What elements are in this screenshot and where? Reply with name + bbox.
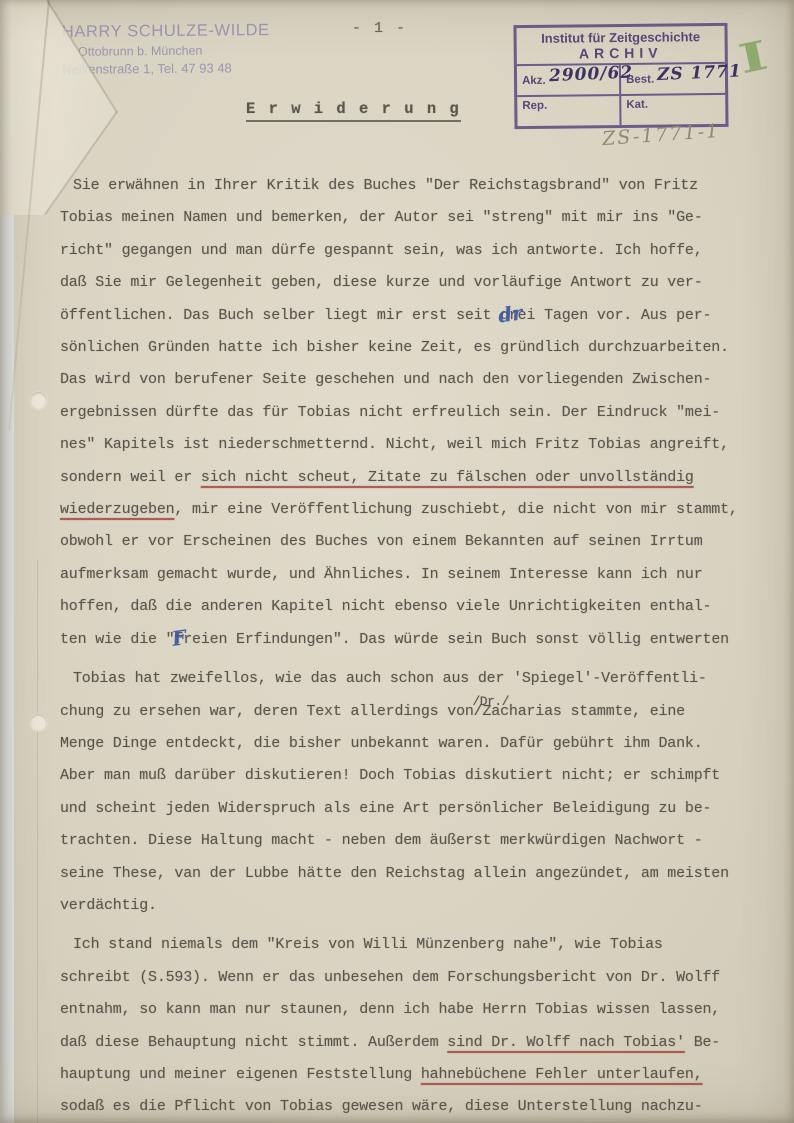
typed-insertion-above-line: /Dr./ (472, 686, 509, 718)
typed-line: wiederzugeben, mir eine Veröffentlichung… (60, 494, 766, 526)
typed-text: Sie erwähnen in Ihrer Kritik des Buches … (73, 177, 698, 194)
red-underlined-phrase: hahnebüchene Fehler unterlaufen, (421, 1066, 703, 1083)
typed-text: schreibt (S.593). Wenn er das unbesehen … (60, 969, 720, 986)
typed-line: daß diese Behauptung nicht stimmt. Außer… (60, 1027, 766, 1059)
typed-line: und scheint jeden Widerspruch als eine A… (60, 793, 766, 825)
typed-text: chung zu ersehen war, deren Text allerdi… (60, 703, 482, 720)
paragraph: Sie erwähnen in Ihrer Kritik des Buches … (60, 170, 766, 656)
typed-text: , mir eine Veröffentlichung zuschiebt, d… (174, 501, 737, 518)
typed-line: Tobias meinen Namen und bemerken, der Au… (60, 202, 766, 234)
document-body: Sie erwähnen in Ihrer Kritik des Buches … (60, 170, 766, 1123)
typed-line: ten wie die "fFreien Erfindungen". Das w… (60, 624, 766, 656)
typed-text: und scheint jeden Widerspruch als eine A… (60, 800, 711, 817)
typed-line: hauptung und meiner eigenen Feststellung… (60, 1059, 766, 1091)
punch-hole (30, 392, 47, 409)
typed-text: trachten. Diese Haltung macht - neben de… (60, 832, 703, 849)
typed-line: Aber man muß darüber diskutieren! Doch T… (60, 760, 766, 792)
typed-line: seine These, van der Lubbe hätte den Rei… (60, 858, 766, 890)
typed-text: entnahm, so kann man nur staunen, denn i… (60, 1001, 720, 1018)
archive-stamp-header: Institut für Zeitgeschichte ARCHIV (516, 26, 724, 66)
archive-stamp-institute: Institut für Zeitgeschichte (519, 29, 723, 46)
typed-line: richt" gegangen und man dürfe gespannt s… (60, 235, 766, 267)
typed-text: ten wie die " (60, 631, 174, 648)
typed-text: Tagen vor. Aus per- (535, 307, 711, 324)
akz-label: Akz. (522, 75, 546, 87)
red-underlined-phrase: sich nicht scheut, Zitate zu fälschen od… (201, 469, 694, 486)
sender-place: Ottobrunn b. München (78, 43, 270, 59)
best-handwritten-value: ZS 1771 (657, 61, 743, 85)
typed-text: hauptung und meiner eigenen Feststellung (60, 1066, 421, 1083)
typed-text: sondern weil er (60, 469, 201, 486)
typed-line: daß Sie mir Gelegenheit geben, diese kur… (60, 267, 766, 299)
typed-text: Aber man muß darüber diskutieren! Doch T… (60, 767, 720, 784)
typed-line: chung zu ersehen war, deren Text allerdi… (60, 696, 766, 728)
rep-label: Rep. (522, 100, 547, 112)
typed-text: Tobias hat zweifellos, wie das auch scho… (73, 670, 707, 687)
archive-stamp: Institut für Zeitgeschichte ARCHIV Akz.2… (513, 23, 728, 129)
typed-text: fF (174, 631, 183, 648)
typed-text: Ich stand niemals dem "Kreis von Willi M… (73, 936, 663, 953)
typed-text: hoffen, daß die anderen Kapitel nicht eb… (60, 598, 711, 615)
red-underlined-phrase: sind Dr. Wolff nach Tobias' (447, 1034, 685, 1051)
paragraph: Ich stand niemals dem "Kreis von Willi M… (60, 929, 766, 1123)
akz-cell: Akz.2900/62 (517, 65, 621, 95)
typed-line: nes" Kapitels ist niederschmetternd. Nic… (60, 429, 766, 461)
red-underlined-phrase: wiederzugeben (60, 501, 174, 518)
sender-name: HARRY SCHULZE-WILDE (62, 21, 270, 42)
typed-text: Zacharias stammte, eine/Dr./ (482, 703, 684, 720)
typed-line: schreibt (S.593). Wenn er das unbesehen … (60, 962, 766, 994)
handwritten-ink-correction: dr (496, 296, 525, 332)
typed-line: sodaß es die Pflicht von Tobias gewesen … (60, 1091, 766, 1123)
typed-text: aufmerksam gemacht wurde, und Ähnliches.… (60, 566, 703, 583)
typed-text: sodaß es die Pflicht von Tobias gewesen … (60, 1098, 703, 1115)
archive-stamp-row: Akz.2900/62 Best.ZS 1771 (517, 64, 725, 97)
paragraph: Tobias hat zweifellos, wie das auch scho… (60, 663, 766, 922)
typed-line: verdächtig. (60, 890, 766, 922)
document-title: E r w i d e r u n g (246, 100, 461, 122)
typed-text: öffentlichen. Das Buch selber liegt mir … (60, 307, 500, 324)
page-number: - 1 - (352, 20, 407, 37)
typed-text: Tobias meinen Namen und bemerken, der Au… (60, 209, 703, 226)
typed-line: hoffen, daß die anderen Kapitel nicht eb… (60, 591, 766, 623)
kat-label: Kat. (626, 99, 648, 111)
sender-letterhead-stamp: HARRY SCHULZE-WILDE Ottobrunn b. München… (62, 21, 270, 77)
typed-text: sönlichen Gründen hatte ich bisher keine… (60, 339, 729, 356)
typed-line: entnahm, so kann man nur staunen, denn i… (60, 994, 766, 1026)
typed-text: dreidr (500, 307, 535, 324)
best-cell: Best.ZS 1771 (621, 64, 725, 94)
typed-text: Menge Dinge entdeckt, die bisher unbekan… (60, 735, 703, 752)
vertical-crease (37, 560, 38, 1123)
rep-cell: Rep. (517, 96, 621, 126)
punch-hole (30, 714, 47, 731)
akz-handwritten-value: 2900/62 (548, 62, 633, 86)
typed-text: richt" gegangen und man dürfe gespannt s… (60, 242, 703, 259)
typed-text: verdächtig. (60, 897, 157, 914)
typed-text: daß diese Behauptung nicht stimmt. Außer… (60, 1034, 447, 1051)
typed-text: seine These, van der Lubbe hätte den Rei… (60, 865, 729, 882)
typed-line: sönlichen Gründen hatte ich bisher keine… (60, 332, 766, 364)
archive-stamp-archiv: ARCHIV (519, 44, 723, 62)
typed-text: Das wird von berufener Seite geschehen u… (60, 371, 711, 388)
typed-text: nes" Kapitels ist niederschmetternd. Nic… (60, 436, 729, 453)
typed-line: Sie erwähnen in Ihrer Kritik des Buches … (60, 170, 766, 202)
typed-line: ergebnissen dürfte das für Tobias nicht … (60, 397, 766, 429)
typed-line: sondern weil er sich nicht scheut, Zitat… (60, 462, 766, 494)
typed-text: obwohl er vor Erscheinen des Buches von … (60, 533, 703, 550)
typed-line: öffentlichen. Das Buch selber liegt mir … (60, 300, 766, 332)
typed-text: daß Sie mir Gelegenheit geben, diese kur… (60, 274, 703, 291)
typed-line: Das wird von berufener Seite geschehen u… (60, 364, 766, 396)
typed-line: Menge Dinge entdeckt, die bisher unbekan… (60, 728, 766, 760)
scanned-document-page: HARRY SCHULZE-WILDE Ottobrunn b. München… (0, 0, 794, 1123)
handwritten-ink-correction: F (170, 621, 189, 655)
typed-line: aufmerksam gemacht wurde, und Ähnliches.… (60, 559, 766, 591)
typed-line: obwohl er vor Erscheinen des Buches von … (60, 526, 766, 558)
typed-line: Ich stand niemals dem "Kreis von Willi M… (60, 929, 766, 961)
typed-text: reien Erfindungen". Das würde sein Buch … (183, 631, 729, 648)
typed-text: ergebnissen dürfte das für Tobias nicht … (60, 404, 720, 421)
typed-text: Be- (685, 1034, 720, 1051)
typed-line: Tobias hat zweifellos, wie das auch scho… (60, 663, 766, 695)
typed-line: trachten. Diese Haltung macht - neben de… (60, 825, 766, 857)
